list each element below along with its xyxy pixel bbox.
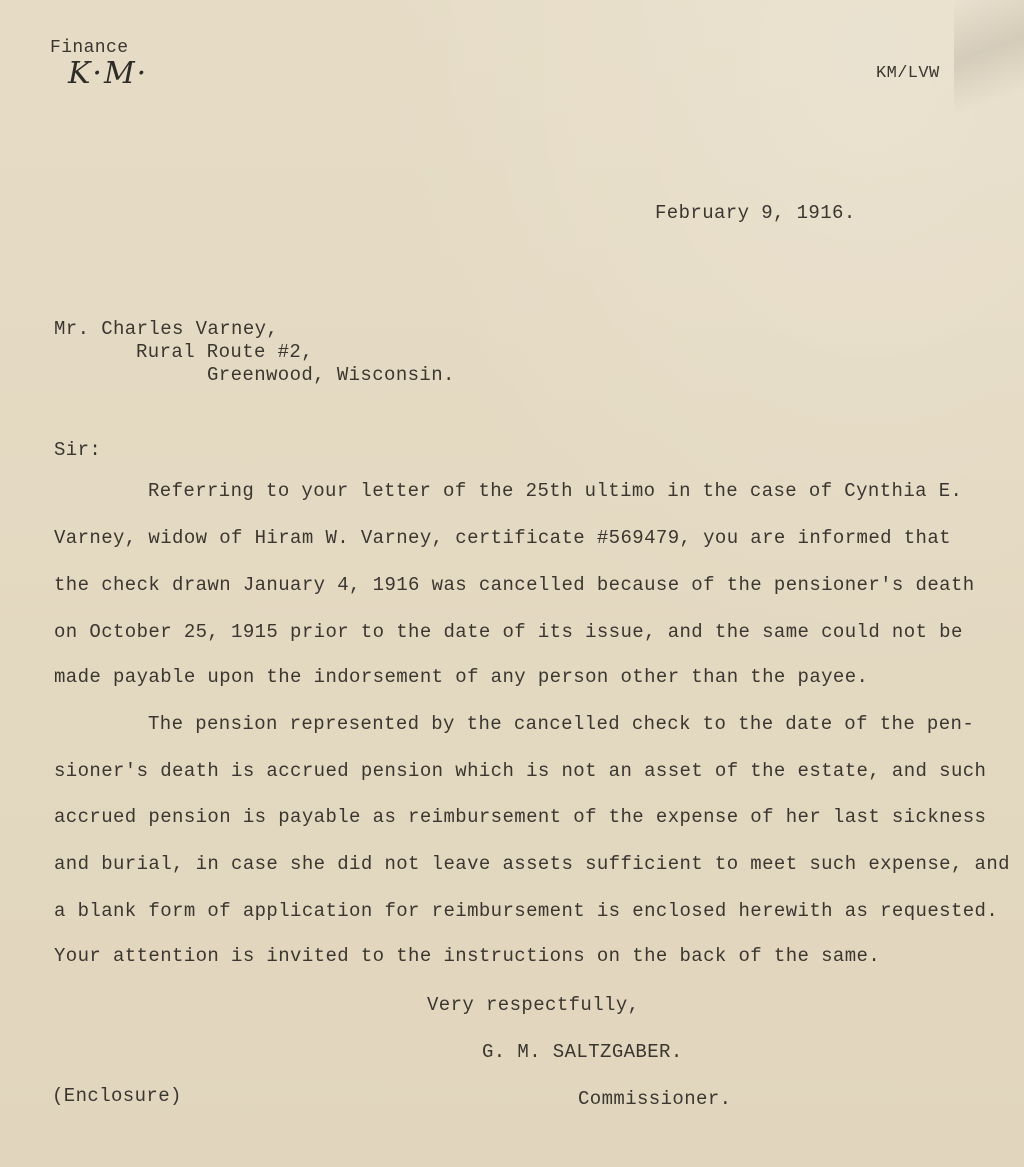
body-line-7: sioner's death is accrued pension which … bbox=[54, 760, 986, 782]
letter-date: February 9, 1916. bbox=[655, 202, 856, 224]
recipient-city: Greenwood, Wisconsin. bbox=[207, 364, 455, 386]
body-line-3: the check drawn January 4, 1916 was canc… bbox=[54, 574, 975, 596]
body-line-6: The pension represented by the cancelled… bbox=[148, 713, 974, 735]
department-label: Finance bbox=[50, 38, 128, 58]
body-line-11: Your attention is invited to the instruc… bbox=[54, 945, 880, 967]
paper-smudge bbox=[954, 0, 1024, 130]
body-line-1: Referring to your letter of the 25th ult… bbox=[148, 480, 962, 502]
enclosure-note: (Enclosure) bbox=[52, 1085, 182, 1107]
salutation: Sir: bbox=[54, 439, 101, 461]
body-line-9: and burial, in case she did not leave as… bbox=[54, 853, 1010, 875]
reference-code: KM/LVW bbox=[876, 64, 940, 83]
body-line-4: on October 25, 1915 prior to the date of… bbox=[54, 621, 963, 643]
body-line-8: accrued pension is payable as reimbursem… bbox=[54, 806, 986, 828]
body-line-5: made payable upon the indorsement of any… bbox=[54, 666, 868, 688]
handwritten-initials: K·M· bbox=[68, 56, 148, 91]
recipient-name: Mr. Charles Varney, bbox=[54, 318, 278, 340]
recipient-street: Rural Route #2, bbox=[136, 341, 313, 363]
body-line-10: a blank form of application for reimburs… bbox=[54, 900, 998, 922]
letter-page: Finance K·M· KM/LVW February 9, 1916. Mr… bbox=[0, 0, 1024, 1167]
body-line-2: Varney, widow of Hiram W. Varney, certif… bbox=[54, 527, 951, 549]
closing: Very respectfully, bbox=[427, 994, 639, 1016]
signer-name: G. M. SALTZGABER. bbox=[482, 1041, 683, 1063]
signer-title: Commissioner. bbox=[578, 1088, 731, 1110]
